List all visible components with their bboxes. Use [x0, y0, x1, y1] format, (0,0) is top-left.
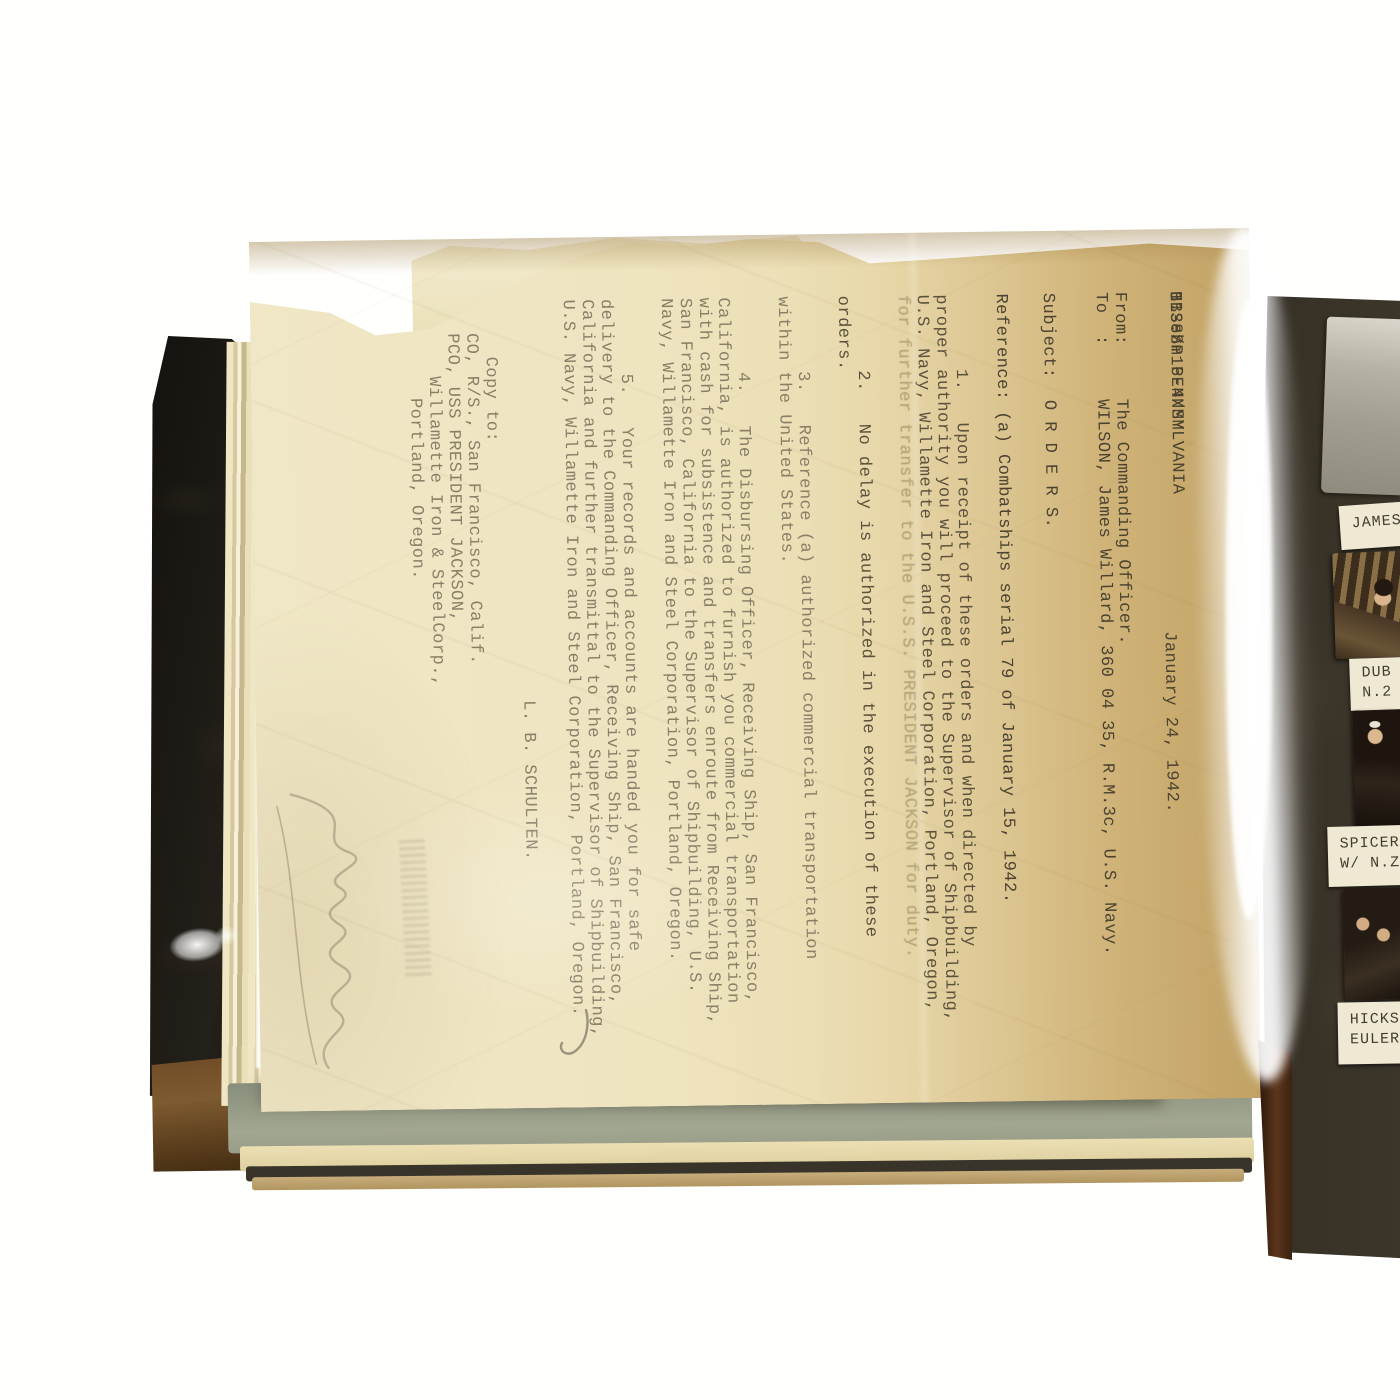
photo-caption-hicks-euler: HICKS EULER: [1337, 1001, 1400, 1064]
photo-caption-james: JAMES: [1339, 502, 1400, 550]
photo-caption-spicer: SPICER W/ N.Z: [1327, 825, 1400, 887]
date-line: January 24, 1942.: [1159, 631, 1185, 1099]
photo-sailor-portrait: [1352, 709, 1400, 830]
document-header: BB38/P16-4/MM U.S.S. PENNSYLVANIA 11-ehm: [1183, 228, 1261, 1099]
handwritten-pencil-signature: [259, 785, 413, 1087]
photo-woman-portrait: [1332, 551, 1400, 659]
subject-line: Subject: O R D E R S.: [1038, 293, 1068, 1101]
photo-scene: BB38/P16-4/MM U.S.S. PENNSYLVANIA 11-ehm…: [0, 0, 1400, 1400]
photo-group: [1343, 887, 1400, 1000]
pencil-checkmark-icon: [552, 1006, 600, 1060]
reference-line: Reference: (a) Combatships serial 79 of …: [991, 293, 1021, 1101]
orders-document: BB38/P16-4/MM U.S.S. PENNSYLVANIA 11-ehm…: [249, 228, 1261, 1112]
signature-typed: L. B. SCHULTEN.: [518, 700, 543, 1108]
photo-caption-dub: DUB N.2: [1349, 657, 1400, 711]
photo-corner-partial: [1321, 317, 1400, 496]
typist-initials: 11-ehm: [1165, 291, 1185, 355]
album-page-worn-edge: [1258, 1040, 1292, 1260]
cover-scuff-mark: [159, 911, 249, 977]
